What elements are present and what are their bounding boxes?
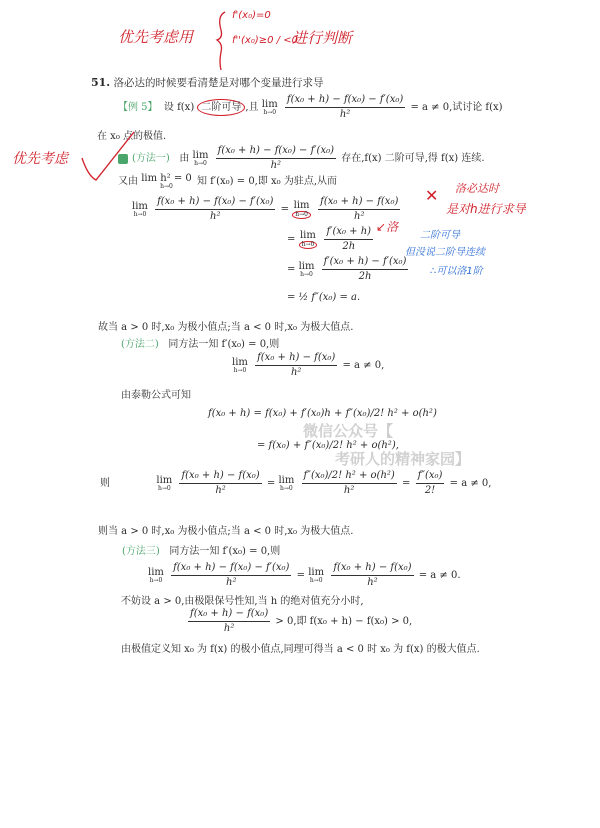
- method3-eq: limh→0 f(x₀ + h) − f(x₀) − f′(x₀)h² = li…: [148, 562, 461, 589]
- heading-number: 51.: [91, 76, 110, 89]
- annotation-top-right: 进行判断: [292, 27, 352, 48]
- annotation-brace-line1: f'(x₀)=0: [232, 10, 271, 21]
- blue-note-line2: 但没说二阶导连续: [405, 243, 485, 258]
- blue-note-line1: 二阶可导: [420, 226, 460, 241]
- watermark-line2: 考研人的精神家园】: [335, 448, 470, 469]
- brace-mark: [215, 10, 227, 70]
- red-arrow-note: ↙洛: [376, 218, 398, 235]
- example-text-post: = a ≠ 0,试讨论 f(x): [410, 102, 502, 113]
- cross-mark: ✕: [425, 186, 438, 205]
- red-note-line2: 是对h进行求导: [446, 200, 526, 217]
- taylor-line1: f(x₀ + h) = f(x₀) + f′(x₀)h + f″(x₀)/2! …: [208, 408, 437, 419]
- method2-line1: (方法二) 同方法一知 f′(x₀) = 0,则: [121, 335, 279, 350]
- method1-text-pre: 由: [179, 153, 189, 164]
- conclusion1: 故当 a > 0 时,x₀ 为极小值点;当 a < 0 时,x₀ 为极大值点.: [98, 318, 353, 333]
- watermark-line1: 微信公众号【: [303, 420, 393, 441]
- conclusion2: 则当 a > 0 时,x₀ 为极小值点;当 a < 0 时,x₀ 为极大值点.: [98, 522, 353, 537]
- method2-label: (方法二): [121, 339, 159, 350]
- method3-line2: 不妨设 a > 0,由极限保号性知,当 h 的绝对值充分小时,: [121, 592, 364, 607]
- example-limit: limh→0: [262, 99, 278, 116]
- taylor-intro: 由泰勒公式可知: [121, 386, 191, 401]
- eq1: limh→0 f(x₀ + h) − f(x₀) − f′(x₀)h² = li…: [132, 196, 402, 223]
- method3-line1: (方法三) 同方法一知 f′(x₀) = 0,则: [122, 542, 280, 557]
- method1-text-post: 存在,f(x) 二阶可导,得 f(x) 连续.: [341, 153, 484, 164]
- example-statement: 【例 5】 设 f(x) 二阶可导,且 limh→0 f(x₀ + h) − f…: [118, 94, 503, 121]
- annotation-brace-line2: f''(x₀)≥0 / <0: [232, 35, 298, 46]
- eq2: = limh→0 f′(x₀ + h)2h: [287, 226, 375, 253]
- example-text-mid: ,且: [245, 102, 258, 113]
- method1-line1: (方法一) 由 limh→0 f(x₀ + h) − f(x₀) − f′(x₀…: [118, 145, 485, 172]
- red-note-line1: 洛必达时: [455, 180, 499, 196]
- method1-line2: 又由 lim h² = 0h→0 知 f′(x₀) = 0,即 x₀ 为驻点,从…: [118, 172, 337, 190]
- eq3: = limh→0 f′(x₀ + h) − f′(x₀)2h: [287, 256, 410, 283]
- method3-conclusion: 由极值定义知 x₀ 为 f(x) 的极小值点,同理可得当 a < 0 时 x₀ …: [121, 640, 480, 655]
- method2-eq: limh→0 f(x₀ + h) − f(x₀)h² = a ≠ 0,: [232, 352, 384, 379]
- annotation-left-margin: 优先考虑: [12, 148, 68, 168]
- then-line: 则 limh→0 f(x₀ + h) − f(x₀)h² = limh→0 f″…: [100, 470, 491, 497]
- eq4: = ½ f″(x₀) = a.: [287, 292, 360, 303]
- example-fraction: f(x₀ + h) − f(x₀) − f′(x₀)h²: [285, 94, 405, 121]
- method1-limit: limh→0: [193, 150, 209, 167]
- blue-note-line3: ∴可以洛1阶: [430, 262, 483, 277]
- method3-label: (方法三): [122, 546, 160, 557]
- example-label: 【例 5】: [118, 102, 158, 113]
- annotation-top-left: 优先考虑用: [118, 26, 193, 47]
- example-circled: 二阶可导: [197, 99, 245, 116]
- method3-ineq: f(x₀ + h) − f(x₀)h² > 0,即 f(x₀ + h) − f(…: [186, 608, 412, 635]
- method1-label: (方法一): [132, 153, 170, 164]
- solution-icon: [118, 154, 128, 164]
- example-text-pre: 设 f(x): [164, 102, 194, 113]
- method1-fraction: f(x₀ + h) − f(x₀) − f′(x₀)h²: [216, 145, 336, 172]
- section-heading: 51. 洛必达的时候要看清楚是对哪个变量进行求导: [91, 75, 323, 90]
- heading-text: 洛必达的时候要看清楚是对哪个变量进行求导: [113, 77, 323, 89]
